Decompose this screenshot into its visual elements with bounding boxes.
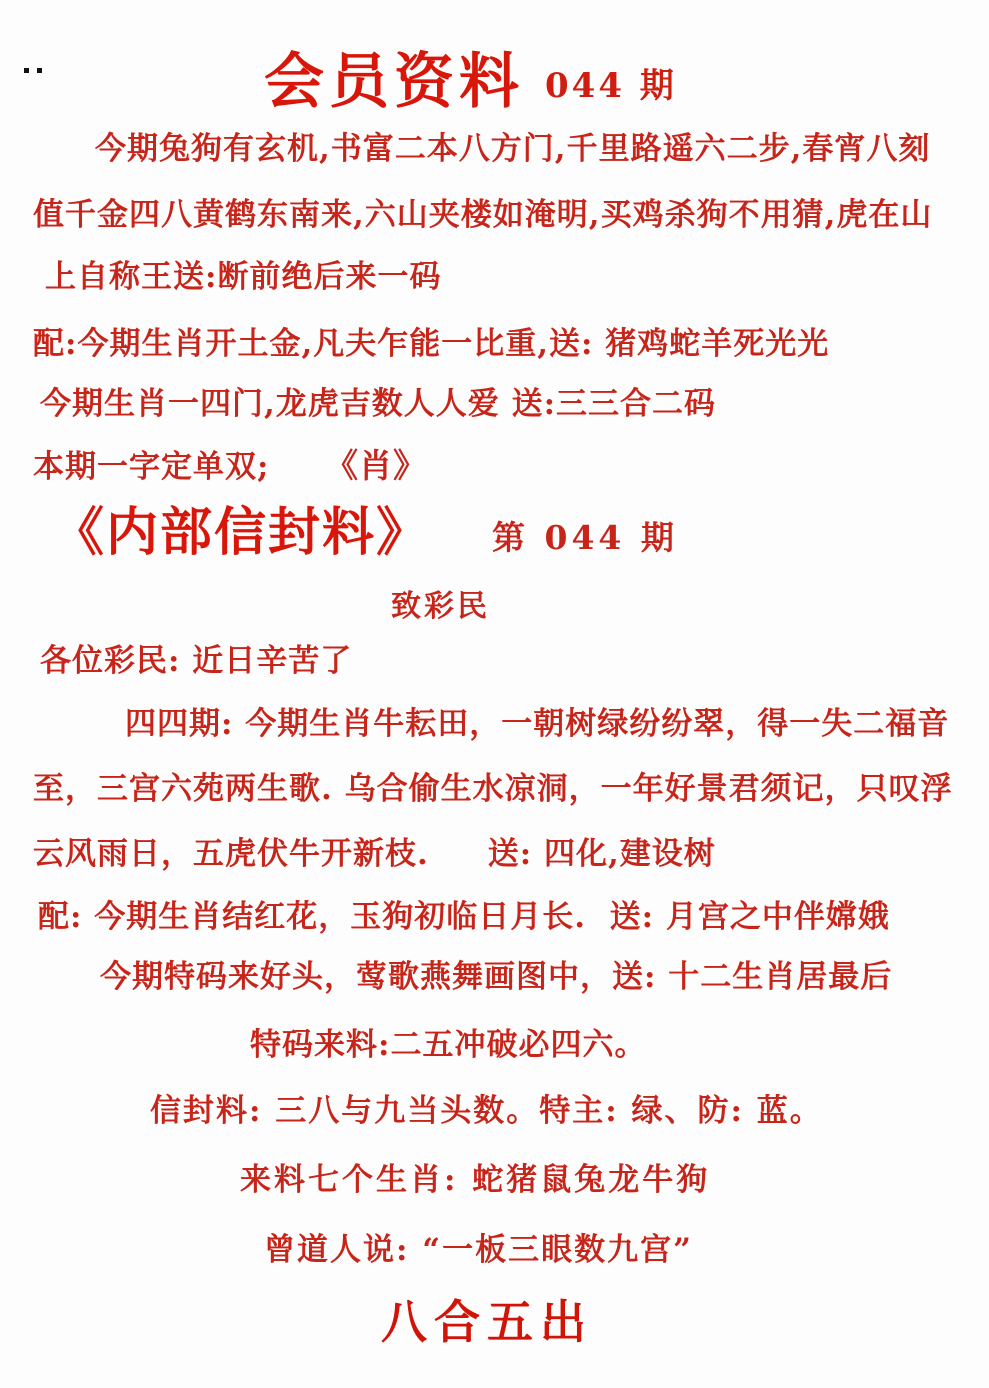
issue44-verse-line-2: 至，三宫六苑两生歌. 乌合偷生水凉洞，一年好景君须记，只叹浮 [33,771,953,808]
final-tip-line: 八合五出 [381,1286,593,1352]
special-code-tip-line: 特码来料:二五冲破必四六。 [250,1027,646,1064]
seven-zodiac-line: 来料七个生肖: 蛇猪鼠兔龙牛狗 [240,1162,710,1199]
member-zodiac-line: 今期生肖一四门,龙虎吉数人人爱 送:三三合二码 [40,386,716,423]
issue44-verse-line-3: 云风雨日，五虎伏牛开新枝. 送: 四化,建设树 [33,836,716,873]
envelope-headline: 《内部信封料》 [52,490,430,565]
member-verse-line-3: 上自称王送:断前绝后来一码 [45,259,441,296]
single-double-answer: 《肖》 [325,446,427,486]
pairing-line: 配: 今期生肖结红花，玉狗初临日月长. 送: 月宫之中伴嫦娥 [38,899,890,936]
member-pairing-line: 配:今期生肖开土金,凡夫乍能一比重,送: 猪鸡蛇羊死光光 [33,326,829,363]
page-issue-number: 044 期 [545,58,677,107]
ink-dots-mark [24,68,48,74]
member-verse-line-1: 今期兔狗有玄机,书富二本八方门,千里路遥六二步,春宵八刻 [95,131,930,168]
issue44-verse-line-1: 四四期: 今期生肖牛耘田，一朝树绿纷纷翠，得一失二福音 [125,706,949,743]
member-verse-line-2: 值千金四八黄鹤东南来,六山夹楼如淹明,买鸡杀狗不用猜,虎在山 [33,197,932,234]
special-code-verse-line: 今期特码来好头，莺歌燕舞画图中，送: 十二生肖居最后 [100,959,892,996]
single-double-label: 本期一字定单双; [33,449,269,486]
tip-sheet-page: 会员资料 044 期 今期兔狗有玄机,书富二本八方门,千里路遥六二步,春宵八刻 … [0,0,989,1388]
envelope-tip-line: 信封料: 三八与九当头数。特主: 绿、防: 蓝。 [150,1093,823,1130]
envelope-issue-number: 第 044 期 [492,512,678,559]
page-title: 会员资料 [264,34,524,120]
master-quote-line: 曾道人说: “一板三眼数九宫” [264,1232,693,1269]
greeting-line: 各位彩民: 近日辛苦了 [40,643,352,680]
salutation: 致彩民 [391,581,490,625]
